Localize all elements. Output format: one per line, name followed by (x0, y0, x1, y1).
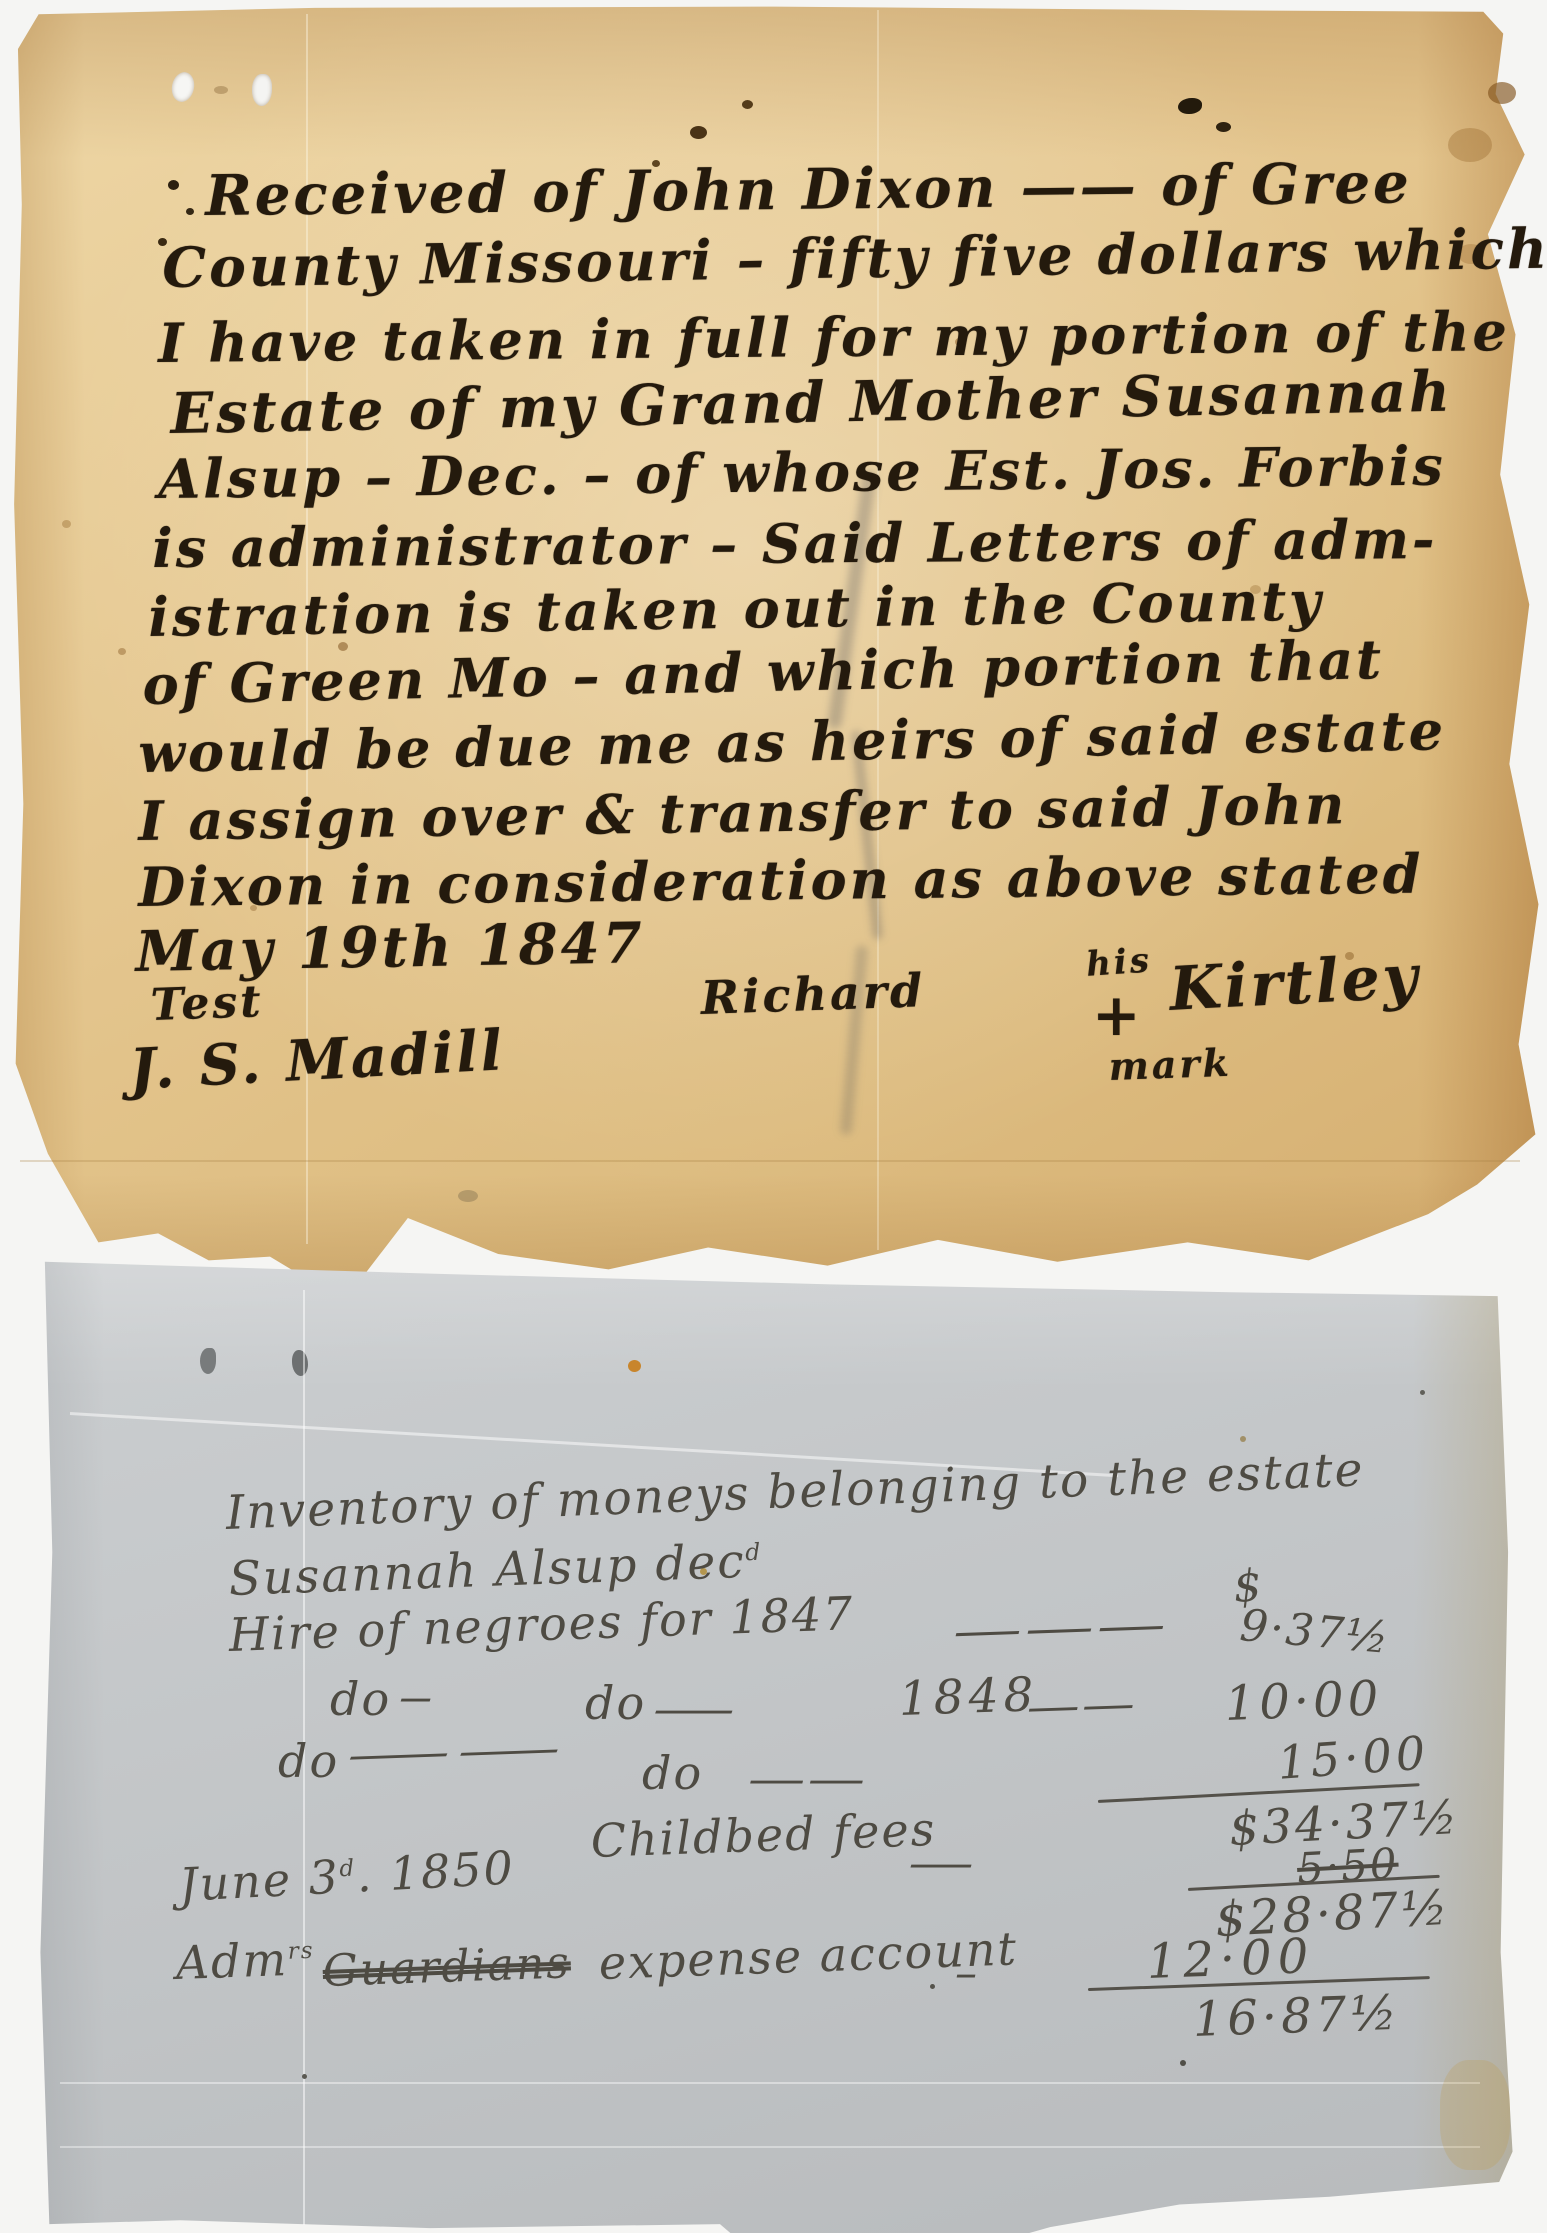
signer-his-label: his (1085, 943, 1153, 982)
entry-label: Admrs (175, 1935, 316, 1986)
attestation-label: Test (150, 980, 264, 1028)
foxing-spot (1448, 128, 1492, 162)
entry-dash: —— (1026, 1682, 1138, 1730)
date-text: June 3 (178, 1850, 341, 1912)
entry-dash: — (908, 1842, 977, 1886)
foxing-spot (118, 648, 126, 655)
entry-dash: — (652, 1688, 739, 1732)
entry-dash: – (398, 1676, 436, 1720)
entry-dash: – (955, 1952, 979, 1996)
stain-spot (628, 1360, 641, 1372)
entry-label: Childbed fees (590, 1806, 937, 1864)
receipt-line: Dixon in consideration as above stated (138, 847, 1424, 914)
ink-stain (168, 180, 179, 190)
foxing-spot (1488, 82, 1516, 104)
signer-mark-label: mark (1108, 1044, 1232, 1086)
entry-amount: 12·00 (1146, 1932, 1315, 1986)
stain-spot (1180, 2060, 1186, 2066)
stain-spot (930, 1984, 935, 1989)
signer-mark-cross: + (1092, 986, 1144, 1044)
receipt-line: Received of John Dixon —— of Gree (205, 155, 1412, 224)
receipt-line: Alsup – Dec. – of whose Est. Jos. Forbis (158, 439, 1446, 506)
stain-spot (214, 86, 228, 94)
admr-superscript: rs (287, 1938, 315, 1965)
ditto-mark: do (585, 1680, 646, 1726)
receipt-line: is administrator – Said Letters of adm- (152, 512, 1438, 575)
admr-text: Adm (175, 1932, 289, 1990)
foxing-spot (62, 520, 71, 528)
struck-word: Guardians (322, 1941, 572, 1994)
signer-first-name: Richard (700, 967, 926, 1021)
stain-spot (302, 2074, 307, 2079)
ditto-mark: do (642, 1750, 703, 1796)
stain-spot (1440, 2060, 1510, 2170)
ditto-mark: do (330, 1676, 391, 1722)
entry-dash: —— (748, 1758, 868, 1802)
entry-dash: —— (345, 1726, 567, 1778)
date-superscript: d (339, 1855, 357, 1882)
ditto-mark: do (278, 1738, 339, 1784)
entry-dash: ——— (952, 1600, 1169, 1654)
ink-stain (1216, 122, 1231, 132)
subtitle-superscript: d (745, 1538, 763, 1567)
foxing-spot (458, 1190, 478, 1202)
total-amount: 16·87½ (1192, 1989, 1401, 2044)
entry-year: 1848 (898, 1671, 1039, 1723)
stain-spot (1420, 1390, 1425, 1395)
signer-last-name: Kirtley (1168, 947, 1422, 1020)
stain-spot (1240, 1436, 1246, 1442)
entry-amount: 9·37½ (1238, 1604, 1392, 1661)
receipt-line: I have taken in full for my portion of t… (158, 304, 1510, 370)
receipt-line: I assign over & transfer to said John (138, 777, 1348, 848)
ink-stain (186, 208, 194, 215)
date-year: . 1850 (355, 1840, 516, 1902)
punch-hole (200, 1348, 216, 1374)
ink-stain (690, 126, 707, 139)
ink-stain (742, 100, 753, 109)
entry-amount: 10·00 (1224, 1675, 1383, 1728)
document-scan: Received of John Dixon —— of Gree County… (0, 0, 1547, 2233)
punch-hole (292, 1350, 308, 1376)
entry-amount: 15·00 (1276, 1729, 1431, 1785)
receipt-date: May 19th 1847 (135, 915, 645, 980)
